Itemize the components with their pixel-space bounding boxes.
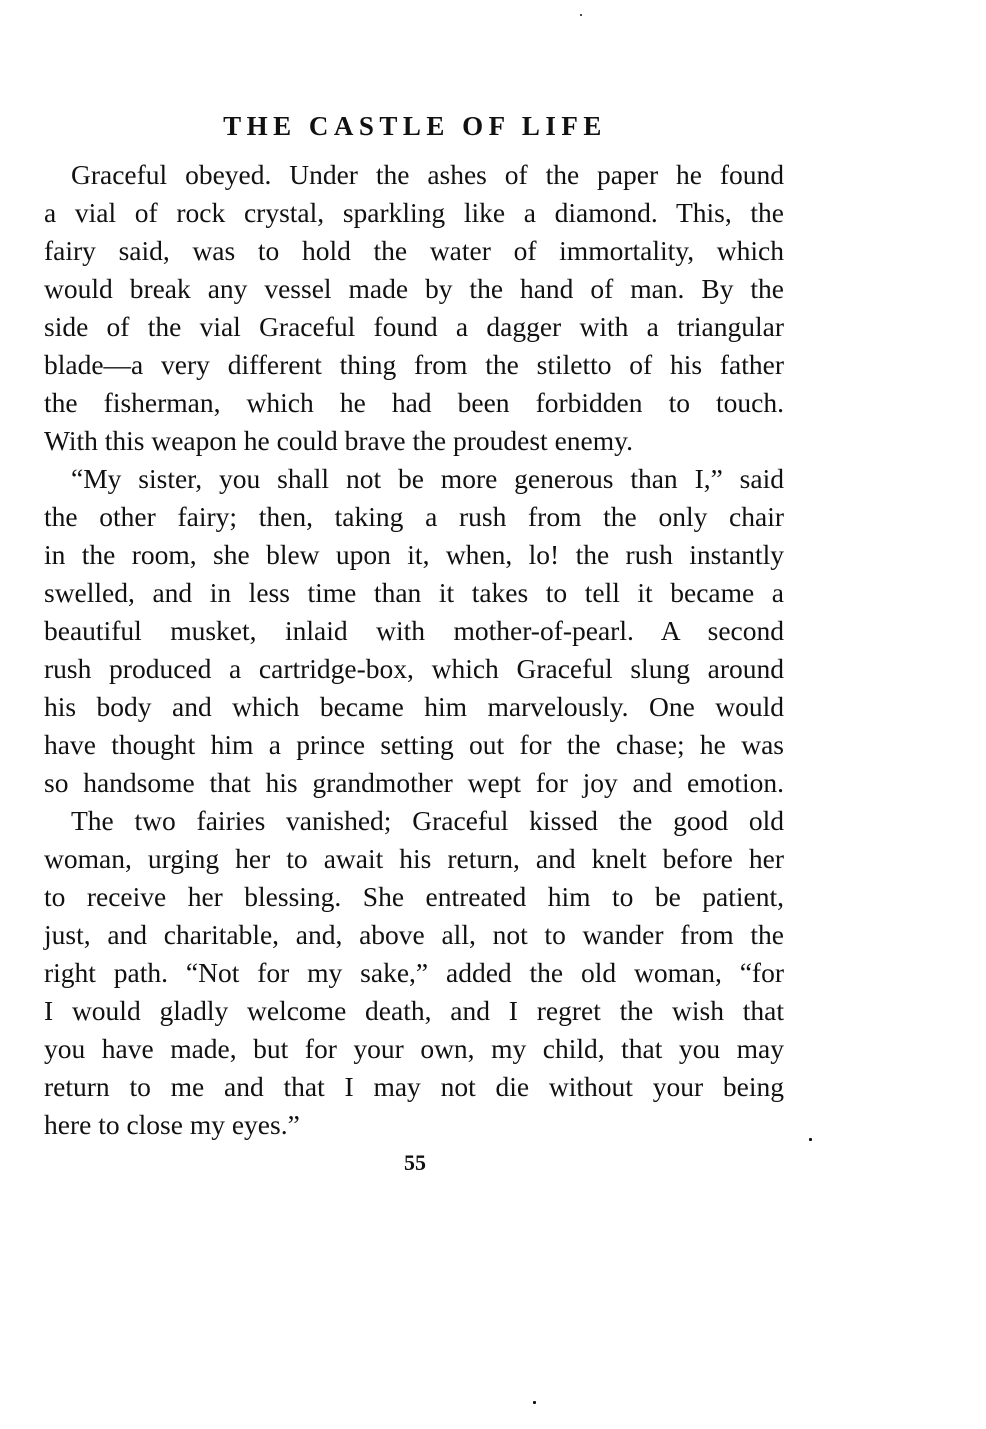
text-line: beautiful musket, inlaid with mother-of-…	[44, 612, 784, 650]
text-line: I would gladly welcome death, and I regr…	[44, 992, 784, 1030]
text-line: a vial of rock crystal, sparkling like a…	[44, 194, 784, 232]
text-line: the fisherman, which he had been forbidd…	[44, 384, 784, 422]
page-number: 55	[0, 1148, 830, 1178]
text-line: side of the vial Graceful found a dagger…	[44, 308, 784, 346]
text-line: just, and charitable, and, above all, no…	[44, 916, 784, 954]
paragraph: “My sister, you shall not be more genero…	[44, 460, 784, 802]
body-text: Graceful obeyed. Under the ashes of the …	[44, 156, 784, 1144]
text-line: With this weapon he could brave the prou…	[44, 422, 784, 460]
text-line: you have made, but for your own, my chil…	[44, 1030, 784, 1068]
scan-speck	[580, 14, 582, 16]
running-head: THE CASTLE OF LIFE	[0, 108, 830, 144]
text-line: his body and which became him marvelousl…	[44, 688, 784, 726]
text-line: to receive her blessing. She entreated h…	[44, 878, 784, 916]
text-line: Graceful obeyed. Under the ashes of the …	[44, 156, 784, 194]
text-line: here to close my eyes.”	[44, 1106, 784, 1144]
paragraph: Graceful obeyed. Under the ashes of the …	[44, 156, 784, 460]
text-line: woman, urging her to await his return, a…	[44, 840, 784, 878]
scan-speck	[533, 1401, 536, 1404]
scan-speck	[809, 1138, 812, 1141]
paragraph: The two fairies vanished; Graceful kisse…	[44, 802, 784, 1144]
text-line: rush produced a cartridge-box, which Gra…	[44, 650, 784, 688]
text-line: return to me and that I may not die with…	[44, 1068, 784, 1106]
text-line: right path. “Not for my sake,” added the…	[44, 954, 784, 992]
text-line: in the room, she blew upon it, when, lo!…	[44, 536, 784, 574]
text-line: swelled, and in less time than it takes …	[44, 574, 784, 612]
text-line: have thought him a prince setting out fo…	[44, 726, 784, 764]
text-line: so handsome that his grandmother wept fo…	[44, 764, 784, 802]
text-line: blade—a very different thing from the st…	[44, 346, 784, 384]
text-line: The two fairies vanished; Graceful kisse…	[44, 802, 784, 840]
text-line: the other fairy; then, taking a rush fro…	[44, 498, 784, 536]
text-line: would break any vessel made by the hand …	[44, 270, 784, 308]
text-line: “My sister, you shall not be more genero…	[44, 460, 784, 498]
text-line: fairy said, was to hold the water of imm…	[44, 232, 784, 270]
